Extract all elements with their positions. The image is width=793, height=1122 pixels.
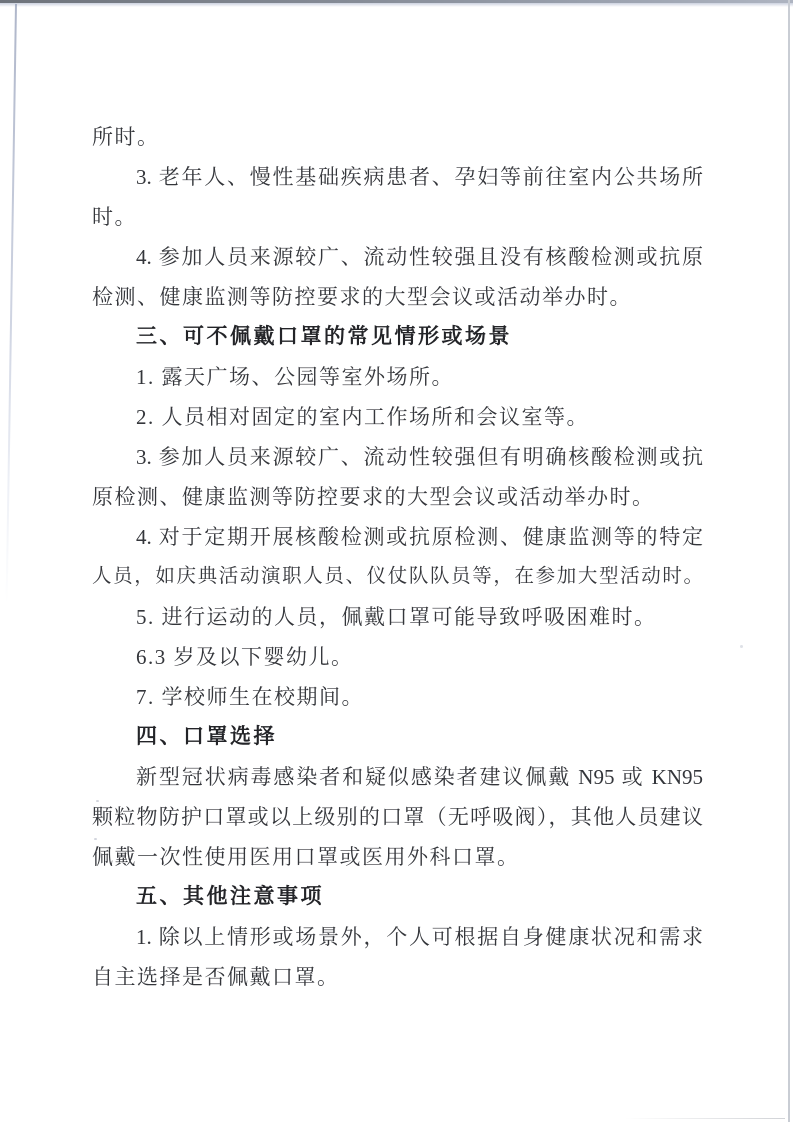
document-line-continuation: 人员，如庆典活动演职人员、仪仗队队员等，在参加大型活动时。 [92, 557, 703, 597]
section-heading-other-notes: 五、其他注意事项 [92, 877, 703, 917]
list-item: 4. 参加人员来源较广、流动性较强且没有核酸检测或抗原 [92, 237, 703, 277]
document-line-continuation: 时。 [92, 197, 703, 237]
list-item: 5. 进行运动的人员，佩戴口罩可能导致呼吸困难时。 [92, 597, 703, 637]
section-heading-masks-not-required: 三、可不佩戴口罩的常见情形或场景 [92, 317, 703, 357]
list-item: 1. 除以上情形或场景外，个人可根据自身健康状况和需求 [92, 917, 703, 957]
scan-artifact-top-glow [0, 3, 793, 7]
document-body: 所时。 3. 老年人、慢性基础疾病患者、孕妇等前往室内公共场所 时。 4. 参加… [92, 117, 703, 997]
document-line-continuation: 检测、健康监测等防控要求的大型会议或活动举办时。 [92, 277, 703, 317]
list-item: 3. 老年人、慢性基础疾病患者、孕妇等前往室内公共场所 [92, 157, 703, 197]
list-item: 2. 人员相对固定的室内工作场所和会议室等。 [92, 397, 703, 437]
scan-artifact-bottom-right [625, 1118, 785, 1119]
document-paragraph-line: 颗粒物防护口罩或以上级别的口罩（无呼吸阀），其他人员建议 [92, 797, 703, 837]
document-line-continuation: 自主选择是否佩戴口罩。 [92, 957, 703, 997]
scan-artifact-left-edge [6, 4, 17, 604]
document-line-continuation: 所时。 [92, 117, 703, 157]
section-heading-mask-selection: 四、口罩选择 [92, 717, 703, 757]
scan-artifact-right-edge [788, 0, 790, 1122]
scan-speck [740, 645, 743, 648]
scanned-document-page: 所时。 3. 老年人、慢性基础疾病患者、孕妇等前往室内公共场所 时。 4. 参加… [0, 0, 793, 1122]
document-paragraph-line: 新型冠状病毒感染者和疑似感染者建议佩戴 N95 或 KN95 [92, 757, 703, 797]
document-paragraph-line: 佩戴一次性使用医用口罩或医用外科口罩。 [92, 837, 703, 877]
document-line-continuation: 原检测、健康监测等防控要求的大型会议或活动举办时。 [92, 477, 703, 517]
list-item: 6.3 岁及以下婴幼儿。 [92, 637, 703, 677]
list-item: 3. 参加人员来源较广、流动性较强但有明确核酸检测或抗 [92, 437, 703, 477]
list-item: 1. 露天广场、公园等室外场所。 [92, 357, 703, 397]
list-item: 7. 学校师生在校期间。 [92, 677, 703, 717]
list-item: 4. 对于定期开展核酸检测或抗原检测、健康监测等的特定 [92, 517, 703, 557]
